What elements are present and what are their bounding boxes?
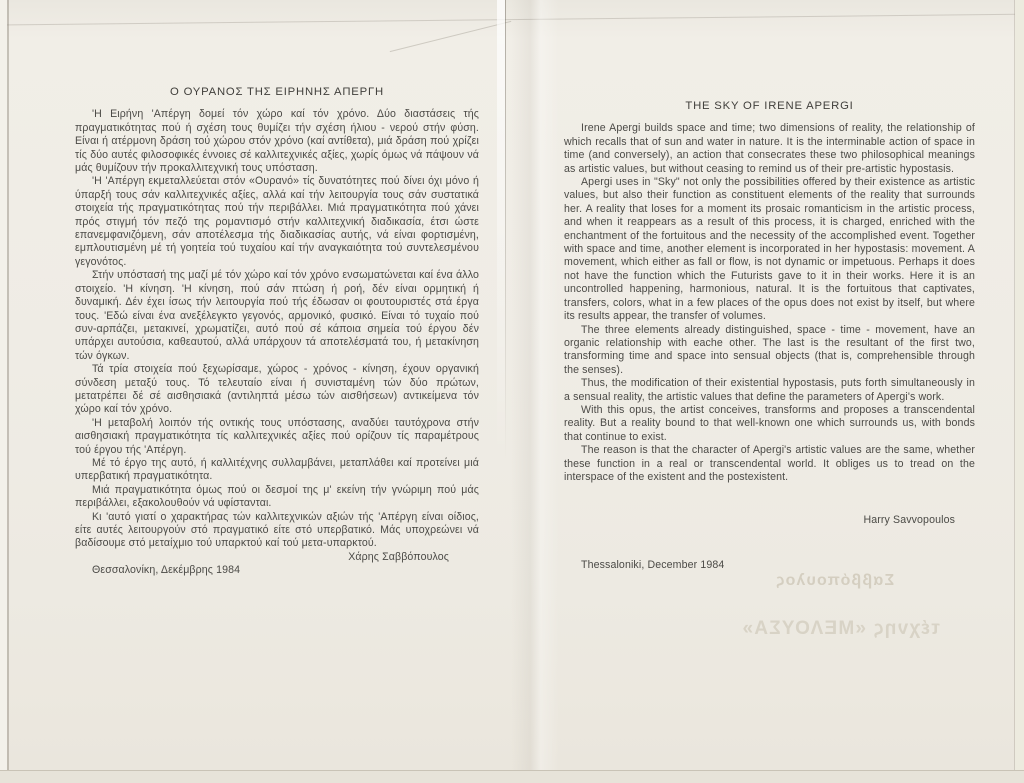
dateline-greek: Θεσσαλονίκη, Δεκέμβρης 1984: [75, 564, 479, 577]
showthrough-ghost-text-2: τέχνης «ΜΕΛΟΥΣΑ»: [728, 618, 953, 640]
right-paper-edge-line: [1014, 0, 1015, 771]
center-fold-highlight: [497, 0, 505, 460]
left-paper-edge-highlight: [0, 0, 7, 771]
paragraph: Μιά πραγματικότητα όμως πού οι δεσμοί τη…: [75, 484, 479, 511]
paragraph: 'Η μεταβολή λοιπόν τής οντικής τους υπόσ…: [75, 417, 479, 457]
right-page-english: THE SKY OF IRENE APERGI Irene Apergi bui…: [564, 100, 975, 572]
paragraph: Apergi uses in "Sky" not only the possib…: [564, 176, 975, 323]
left-paper-edge-line: [7, 0, 9, 771]
paragraph: Κι 'αυτό γιατί ο χαρακτήρας τών καλλιτεχ…: [75, 511, 479, 551]
author-signature-greek: Χάρης Σαββόπουλος: [75, 551, 479, 564]
paragraph: Τά τρία στοιχεία πού ξεχωρίσαμε, χώρος -…: [75, 363, 479, 417]
left-page-greek: Ο ΟΥΡΑΝΟΣ ΤΗΣ ΕΙΡΗΝΗΣ ΑΠΕΡΓΗ 'Η Ειρήνη '…: [75, 86, 479, 578]
scanner-background-strip: [0, 770, 1024, 783]
paragraph: Irene Apergi builds space and time; two …: [564, 122, 975, 176]
page-title-english: THE SKY OF IRENE APERGI: [564, 100, 975, 113]
right-paper-edge-highlight: [1015, 0, 1024, 771]
center-fold-line: [505, 0, 506, 460]
page-title-greek: Ο ΟΥΡΑΝΟΣ ΤΗΣ ΕΙΡΗΝΗΣ ΑΠΕΡΓΗ: [75, 86, 479, 99]
dateline-english: Thessaloniki, December 1984: [564, 559, 975, 572]
showthrough-ghost-text-1: Σαββόπουλος: [742, 572, 927, 590]
paragraph: Thus, the modification of their existent…: [564, 377, 975, 404]
paragraph: With this opus, the artist conceives, tr…: [564, 404, 975, 444]
paragraph: 'Η 'Απέργη εκμεταλλεύεται στόν «Ουρανό» …: [75, 175, 479, 269]
author-signature-english: Harry Savvopoulos: [564, 514, 975, 527]
diagonal-wrinkle: [390, 21, 512, 52]
paragraph: 'Η Ειρήνη 'Απέργη δομεί τόν χώρο καί τόν…: [75, 108, 479, 175]
scanned-brochure-spread: Ο ΟΥΡΑΝΟΣ ΤΗΣ ΕΙΡΗΝΗΣ ΑΠΕΡΓΗ 'Η Ειρήνη '…: [0, 0, 1024, 783]
center-gutter-shading: [511, 0, 559, 783]
paragraph: Μέ τό έργο της αυτό, ή καλλιτέχνης συλλα…: [75, 457, 479, 484]
paragraph: The reason is that the character of Aper…: [564, 444, 975, 484]
paragraph: Στήν υπόστασή της μαζί μέ τόν χώρο καί τ…: [75, 269, 479, 363]
paragraph: The three elements already distinguished…: [564, 324, 975, 378]
